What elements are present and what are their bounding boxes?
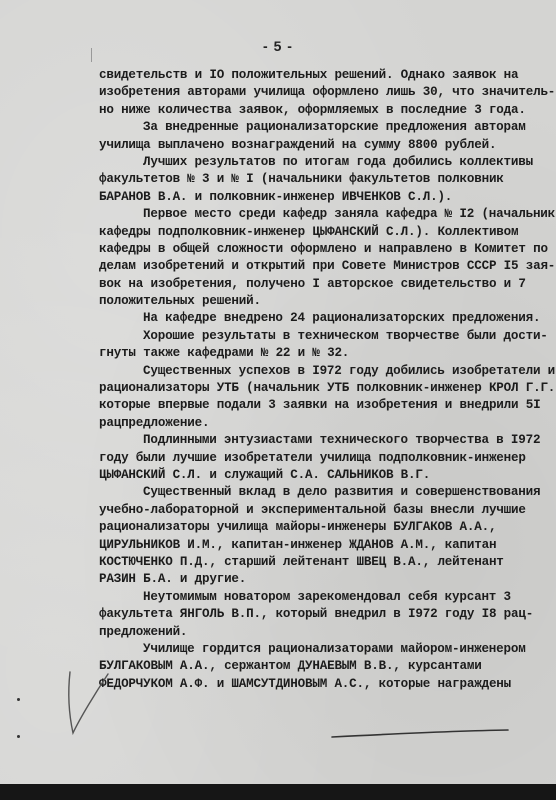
text-line: училища выплачено вознаграждений на сумм…	[99, 137, 549, 154]
text-line: На кафедре внедрено 24 рационализаторски…	[99, 310, 549, 327]
text-line: ЦЫФАНСКИЙ С.Л. и служащий С.А. САЛЬНИКОВ…	[99, 467, 549, 484]
handwritten-check-mark-icon	[60, 670, 120, 750]
handwritten-underline	[330, 728, 510, 740]
text-line: свидетельств и IO положительных решений.…	[99, 67, 549, 84]
paper-speck	[17, 735, 20, 738]
text-line: ЦИРУЛЬНИКОВ И.М., капитан-инженер ЖДАНОВ…	[99, 537, 549, 554]
text-line: положительных решений.	[99, 293, 549, 310]
document-page: - 5 - свидетельств и IO положительных ре…	[0, 0, 556, 784]
text-line: вок на изобретения, получено I авторское…	[99, 276, 549, 293]
text-line: РАЗИН Б.А. и другие.	[99, 571, 549, 588]
text-line: ФЕДОРЧУКОМ А.Ф. и ШАМСУТДИНОВЫМ А.С., ко…	[99, 676, 549, 693]
page-number: - 5 -	[0, 38, 556, 54]
text-line: кафедры в общей сложности оформлено и на…	[99, 241, 549, 258]
document-body: свидетельств и IO положительных решений.…	[99, 67, 549, 693]
text-line: делам изобретений и открытий при Совете …	[99, 258, 549, 275]
text-line: кафедры подполковник-инженер ЦЫФАНСКИЙ С…	[99, 224, 549, 241]
text-line: Первое место среди кафедр заняла кафедра…	[99, 206, 549, 223]
text-line: изобретения авторами училища оформлено л…	[99, 84, 549, 101]
text-line: За внедренные рационализаторские предлож…	[99, 119, 549, 136]
text-line: рацпредложение.	[99, 415, 549, 432]
text-line: предложений.	[99, 624, 549, 641]
text-line: Подлинными энтузиастами технического тво…	[99, 432, 549, 449]
text-line: факультета ЯНГОЛЬ В.П., который внедрил …	[99, 606, 549, 623]
scan-border	[0, 784, 556, 800]
text-line: году были лучшие изобретатели училища по…	[99, 450, 549, 467]
text-line: КОСТЮЧЕНКО П.Д., старший лейтенант ШВЕЦ …	[99, 554, 549, 571]
text-line: Существенных успехов в I972 году добилис…	[99, 363, 549, 380]
text-line: Училище гордится рационализаторами майор…	[99, 641, 549, 658]
text-line: Лучших результатов по итогам года добили…	[99, 154, 549, 171]
text-line: учебно-лабораторной и экспериментальной …	[99, 502, 549, 519]
text-line: БАРАНОВ В.А. и полковник-инженер ИВЧЕНКО…	[99, 189, 549, 206]
paper-speck	[17, 698, 20, 701]
text-line: но ниже количества заявок, оформляемых в…	[99, 102, 549, 119]
text-line: Существенный вклад в дело развития и сов…	[99, 484, 549, 501]
text-line: факультетов № 3 и № I (начальники факуль…	[99, 171, 549, 188]
text-line: БУЛГАКОВЫМ А.А., сержантом ДУНАЕВЫМ В.В.…	[99, 658, 549, 675]
text-line: рационализаторы УТБ (начальник УТБ полко…	[99, 380, 549, 397]
text-line: Неутомимым новатором зарекомендовал себя…	[99, 589, 549, 606]
text-line: Хорошие результаты в техническом творчес…	[99, 328, 549, 345]
text-line: которые впервые подали 3 заявки на изобр…	[99, 397, 549, 414]
text-line: гнуты также кафедрами № 22 и № 32.	[99, 345, 549, 362]
text-line: рационализаторы училища майоры-инженеры …	[99, 519, 549, 536]
